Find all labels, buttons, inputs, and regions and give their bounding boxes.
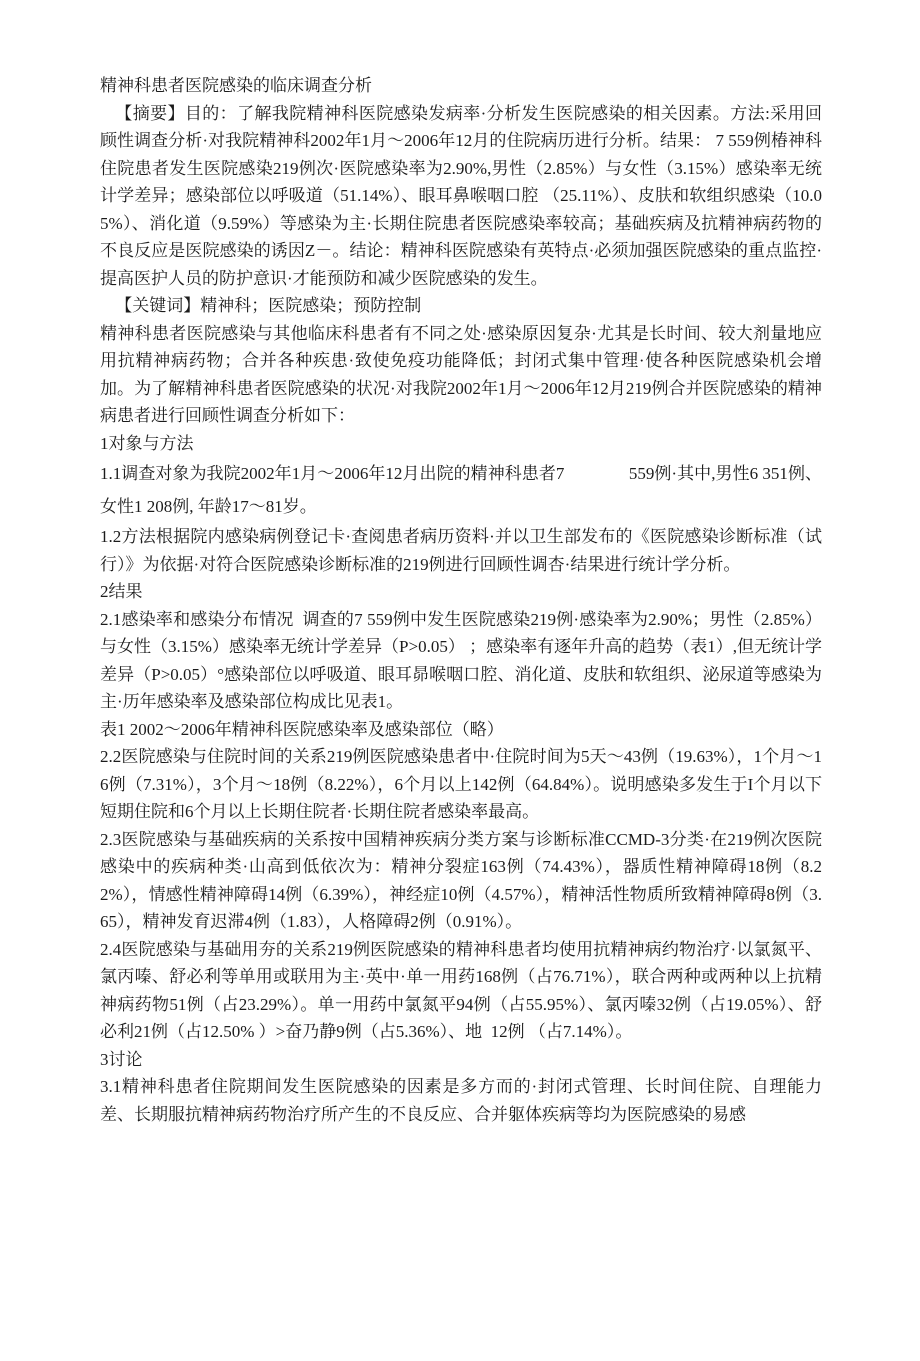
section1-paragraph-1-1: 1.1调查对象为我院2002年1月～2006年12月出院的精神科患者7 559例… xyxy=(100,457,822,523)
abstract-paragraph: 【摘要】目的：了解我院精神科医院感染发病率·分析发生医院感染的相关因素。方法:采… xyxy=(100,100,822,293)
document-page: 精神科患者医院感染的临床调查分析 【摘要】目的：了解我院精神科医院感染发病率·分… xyxy=(0,0,920,1361)
section2-heading: 2结果 xyxy=(100,578,822,606)
section2-paragraph-2-3: 2.3医院感染与基础疾病的关系按中国精神疾病分类方案与诊断标准CCMD-3分类·… xyxy=(100,826,822,936)
table1-note: 表1 2002～2006年精神科医院感染率及感染部位（略） xyxy=(100,716,822,744)
keywords-paragraph: 【关键词】精神科；医院感染；预防控制 xyxy=(100,292,822,320)
section1-paragraph-1-2: 1.2方法根据院内感染病例登记卡·查阅患者病历资料·并以卫生部发布的《医院感染诊… xyxy=(100,523,822,578)
intro-paragraph: 精神科患者医院感染与其他临床科患者有不同之处·感染原因复杂·尤其是长时间、较大剂… xyxy=(100,320,822,430)
section2-paragraph-2-1: 2.1感染率和感染分布情况 调查的7 559例中发生医院感染219例·感染率为2… xyxy=(100,606,822,716)
section3-paragraph-3-1: 3.1精神科患者住院期间发生医院感染的因素是多方而的·封闭式管理、长时间住院、自… xyxy=(100,1073,822,1128)
section3-heading: 3讨论 xyxy=(100,1046,822,1074)
document-title: 精神科患者医院感染的临床调查分析 xyxy=(100,72,822,100)
section2-paragraph-2-2: 2.2医院感染与住院时间的关系219例医院感染患者中·住院时间为5天～43例（1… xyxy=(100,743,822,826)
section2-paragraph-2-4: 2.4医院感染与基础用夯的关系219例医院感染的精神科患者均使用抗精神病约物治疗… xyxy=(100,936,822,1046)
section1-heading: 1对象与方法 xyxy=(100,430,822,458)
